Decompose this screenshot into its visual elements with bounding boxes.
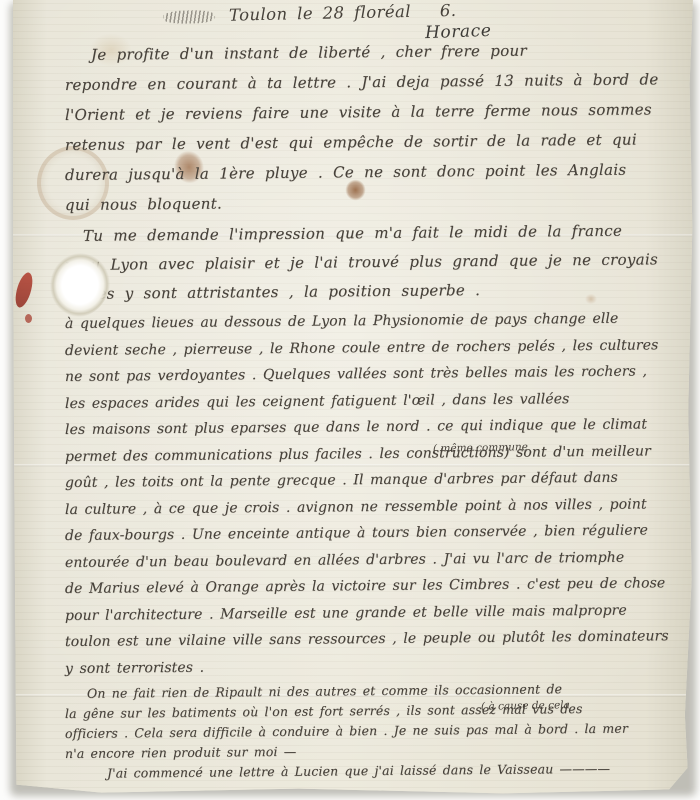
paragraph: On ne fait rien de Ripault ni des autres… xyxy=(65,684,679,764)
paragraph: Je profite d'un instant de liberté , che… xyxy=(65,40,679,220)
red-wax-mark xyxy=(12,271,36,310)
letter-body: Je profite d'un instant de liberté , che… xyxy=(65,40,679,784)
manuscript-line: ruines y sont attristantes , la position… xyxy=(65,274,679,309)
paragraph: à quelques lieues au dessous de Lyon la … xyxy=(65,311,679,682)
paragraph: Tu me demande l'impression que m'a fait … xyxy=(65,222,679,309)
dateline: Toulon le 28 floréal 6. xyxy=(229,1,457,25)
interline-insertion-1: ( même commune xyxy=(433,441,528,455)
scanned-letter: Toulon le 28 floréal 6. Horace Je profit… xyxy=(0,0,700,800)
manuscript-paper: Toulon le 28 floréal 6. Horace Je profit… xyxy=(13,0,693,795)
manuscript-line: y sont terroristes . xyxy=(65,650,679,682)
paragraph: J'ai commencé une lettre à Lucien que j'… xyxy=(65,764,679,784)
crossed-out-word xyxy=(163,10,215,24)
interline-insertion-2: ( à cause de cela xyxy=(481,699,570,713)
dateline-row: Toulon le 28 floréal 6. xyxy=(163,1,457,26)
manuscript-line: qui nous bloquent. xyxy=(65,184,679,220)
red-wax-dot xyxy=(25,314,32,323)
